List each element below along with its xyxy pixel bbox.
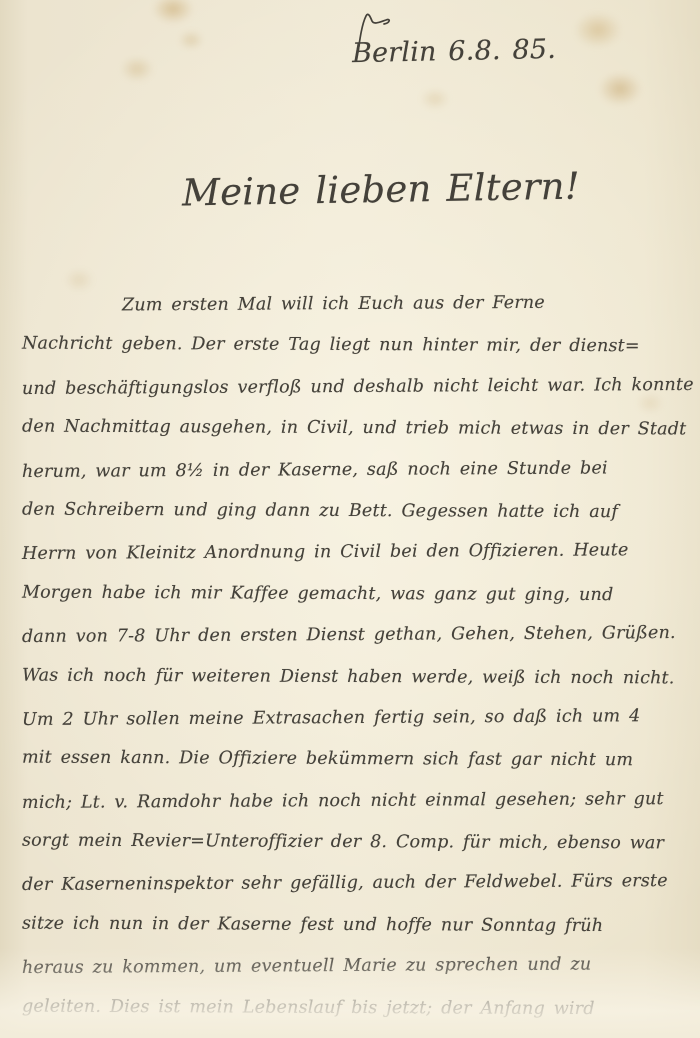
handwritten-line: mit essen kann. Die Offiziere bekümmern … — [22, 738, 680, 782]
handwritten-line: Zum ersten Mal will ich Euch aus der Fer… — [22, 282, 680, 327]
handwritten-line: den Schreibern und ging dann zu Bett. Ge… — [22, 490, 680, 534]
handwritten-line: Was ich noch für weiteren Dienst haben w… — [22, 655, 680, 699]
age-stain — [120, 56, 154, 82]
letter-body: Zum ersten Mal will ich Euch aus der Fer… — [22, 284, 680, 1029]
handwritten-line: Morgen habe ich mir Kaffee gemacht, was … — [22, 572, 680, 616]
salutation: Meine lieben Eltern! — [182, 165, 581, 215]
handwritten-line: dann von 7-8 Uhr den ersten Dienst getha… — [22, 613, 680, 658]
handwritten-line: Nachricht geben. Der erste Tag liegt nun… — [22, 324, 680, 368]
handwritten-line: Herrn von Kleinitz Anordnung in Civil be… — [22, 530, 680, 575]
handwritten-line: sorgt mein Revier=Unteroffizier der 8. C… — [22, 821, 680, 865]
age-stain — [152, 0, 194, 24]
handwritten-line: herum, war um 8½ in der Kaserne, saß noc… — [22, 448, 680, 493]
handwritten-line: heraus zu kommen, um eventuell Marie zu … — [22, 944, 680, 989]
age-stain — [574, 12, 622, 48]
handwritten-line: den Nachmittag ausgehen, in Civil, und t… — [22, 407, 680, 451]
handwritten-line: und beschäftigungslos verfloß und deshal… — [22, 365, 680, 410]
age-stain — [178, 30, 204, 50]
handwritten-line: mich; Lt. v. Ramdohr habe ich noch nicht… — [22, 779, 680, 824]
handwritten-line: geleiten. Dies ist mein Lebenslauf bis j… — [22, 986, 680, 1030]
handwritten-line: sitze ich nun in der Kaserne fest und ho… — [22, 903, 680, 947]
letter-page: Berlin 6.8. 85. Meine lieben Eltern! Zum… — [0, 0, 700, 1038]
dateline: Berlin 6.8. 85. — [352, 34, 557, 69]
age-stain — [598, 72, 642, 106]
handwritten-line: Um 2 Uhr sollen meine Extrasachen fertig… — [22, 696, 680, 741]
age-stain — [420, 88, 450, 110]
handwritten-line: der Kaserneninspektor sehr gefällig, auc… — [22, 861, 680, 906]
